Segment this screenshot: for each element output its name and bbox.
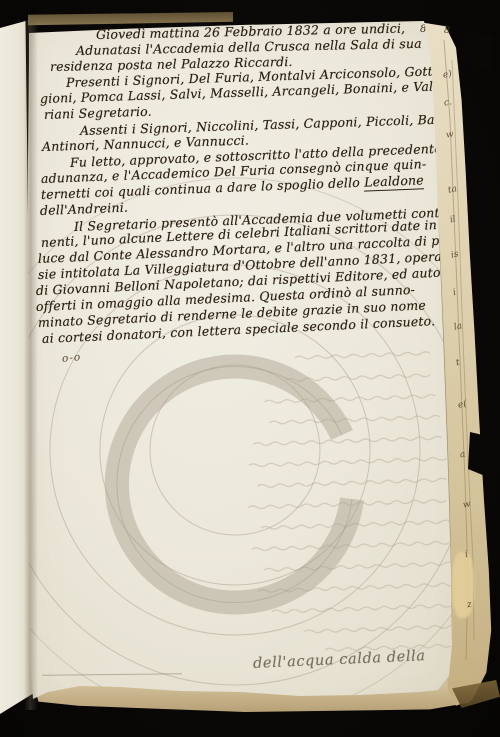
manuscript-text: Giovedì mattina 26 Febbraio 1832 a ore u… [36,27,446,347]
edge-ink-fragment: il [449,215,457,226]
edge-ink-fragment: e( [457,399,468,411]
manuscript-page: Giovedì mattina 26 Febbraio 1832 a ore u… [0,0,500,737]
edge-ink-fragment: t [455,358,461,369]
edge-ink-fragment: w [445,129,455,140]
edge-page-number: 8 [443,26,450,37]
edge-ink-fragment: z [466,600,473,611]
edge-ink-fragment: c. [443,97,453,108]
edge-ink-fragment: e) [442,69,453,81]
edge-ink-fragment: la [454,321,464,332]
edge-ink-fragment: is [450,249,459,260]
edge-ink-fragment: w [462,499,472,510]
margin-mark: o-o [62,351,82,365]
edge-ink-fragment: i [464,550,469,560]
edge-ink-fragment: ta [447,184,458,196]
photo-background: e)c.wtailisilate(awiz Giovedì mattina 26… [0,0,500,737]
edge-ink-fragment: i [452,288,457,298]
gutter-crease-shadow [24,20,38,710]
edge-ink-fragment: a [459,450,466,461]
